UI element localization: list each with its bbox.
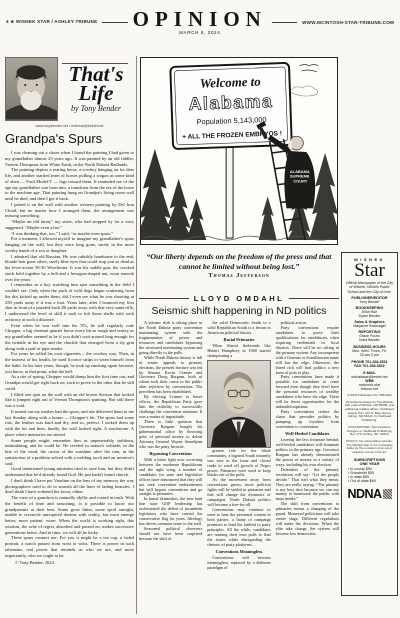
sign-welcome-text: Welcome to: [200, 75, 261, 91]
article-paragraph: A seismic shift is taking place in the N…: [139, 321, 202, 356]
article-paragraph: I paired it on the wall with another wes…: [5, 202, 134, 219]
article-column-3: political action.Party conventions requi…: [276, 321, 339, 613]
section-title: OPINION: [133, 9, 267, 29]
columnist-name: LLOYD OMDAHL: [194, 294, 284, 303]
thats-life-column: That's Life by Tony Bender www.tonybende…: [5, 57, 134, 613]
article-columns: A seismic shift is taking place in the N…: [139, 321, 339, 613]
subscriptions-title: SUBSCRIPTIONS ONE YEAR: [344, 458, 395, 467]
article-paragraph: When liberal firebrands like Hubert Hump…: [207, 344, 270, 359]
column-masthead: That's Life by Tony Bender: [5, 57, 134, 121]
article-text-block: the solid Democratic South to a solid Re…: [207, 321, 270, 336]
cartoonist-signature: [299, 64, 318, 71]
article-text-block: When liberal firebrands like Hubert Hump…: [207, 344, 270, 359]
article-paragraph: As a rite of spring, Chopper would dump …: [5, 374, 134, 391]
article-headline: Grandpa's Spurs: [5, 132, 134, 146]
ndna-logo-text: NDNA: [347, 487, 381, 501]
article-paragraph: I filled one spot on the wall with an ol…: [5, 392, 134, 409]
header-website: WWW.MCINTOSH-STAR-TRIBUNE.COM: [302, 20, 394, 25]
article-paragraph: the solid Democratic South to a solid Re…: [207, 321, 270, 336]
article-paragraph: While North Dakota history is full of er…: [139, 356, 202, 396]
article-paragraph: There is little question that Governor B…: [139, 420, 202, 450]
nameplate-title: Star: [344, 262, 395, 279]
article-paragraph: greater role for the black community, a …: [207, 449, 270, 479]
thats-life-title-block: That's Life by Tony Bender: [58, 57, 134, 121]
subhead: Well-Heeled Candidates: [276, 431, 339, 436]
postmaster-notice: POSTMASTER: Send address changes to: Red…: [344, 426, 395, 437]
article-paragraph: Good intentioned young ministers tried t…: [5, 466, 134, 478]
article-paragraph: I admired that old Russian. He was rakis…: [5, 254, 134, 283]
article-headline: Seismic shift happening in ND politics: [139, 306, 339, 317]
column-title-line2: Life: [58, 84, 134, 103]
article-paragraph: Seasoned political observers should not …: [139, 527, 202, 542]
article-paragraph: Party conventions have made it possible …: [276, 375, 339, 410]
lloyd-omdahl-portrait: [208, 361, 269, 447]
official-newspaper-description: Official Newspaper of the City of Wishek…: [344, 281, 395, 294]
newspaper-masthead-box: WISHEK Star Official Newspaper of the Ci…: [341, 252, 398, 596]
editorial-cartoon: Welcome to Alabama Population 5,143,000 …: [140, 57, 338, 245]
subhead: Conventions Meaningless: [207, 549, 270, 554]
article-paragraph: Even when he was well into his 70's, he …: [5, 323, 134, 352]
usps-number: (USPS Publication No. 688-980): [344, 394, 395, 398]
column-byline: by Tony Bender: [58, 104, 134, 113]
article-paragraph: I don't think I have put Vaseline on the…: [5, 478, 134, 495]
tony-bender-photo: [5, 57, 58, 121]
newspaper-opinion-page: 4 ★ WISHEK STAR / ASHLEY TRIBUNE OPINION…: [0, 0, 400, 618]
article-paragraph: Leaving the less fortunate behind, well-…: [276, 438, 339, 468]
article-body: I was cleaning out a closet when I found…: [5, 150, 134, 558]
staff-name: Tony Bender: [344, 300, 395, 304]
ndna-logo: NDNA: [344, 487, 395, 501]
business-hours: 10 am-2 pm: [344, 353, 395, 357]
article-paragraph: “Maybe an old lariat,” my sister, who ha…: [5, 219, 134, 231]
staff-name: Marjanne Braunagel: [344, 324, 395, 328]
article-paragraph: These spurs connect me. For you it might…: [5, 535, 134, 558]
website-address: tribune.net: [344, 387, 395, 391]
article-text-block: With a bitter fight now occurring betwee…: [139, 458, 202, 542]
cloud-sketch: [289, 86, 317, 96]
section-title-block: OPINION MARCH 6, 2024: [133, 9, 267, 35]
article-paragraph: For a moment, I allowed myself to imagin…: [5, 236, 134, 253]
article-paragraph: Party conventions require candidates to …: [276, 326, 339, 376]
article-paragraph: Party conventions reduce the chaos that …: [276, 410, 339, 430]
postage-legal-text: Periodical postage for The Wishek Star p…: [344, 401, 395, 423]
lloyd-omdahl-photo: [207, 360, 270, 448]
subscription-rates: • In county $50• Snowbirds $55• In state…: [344, 467, 395, 483]
article-column-2: the solid Democratic South to a solid Re…: [207, 321, 270, 613]
sign-state-text: Alabama: [188, 91, 273, 114]
article-paragraph: The painting depicts a rearing horse, a …: [5, 167, 134, 202]
article-paragraph: The view of a grandson is naturally idyl…: [5, 495, 134, 535]
article-paragraph: As the movement away from conventions gr…: [207, 478, 270, 508]
welcome-sign: Welcome to Alabama Population 5,143,000 …: [170, 63, 292, 149]
staff-name: India Bender: [344, 338, 395, 342]
tony-bender-portrait: [6, 58, 57, 120]
column-divider: [136, 56, 137, 614]
article-text-block: Leaving the less fortunate behind, well-…: [276, 438, 339, 537]
header-rule-right: [272, 22, 297, 23]
pine-trees-left: [141, 149, 206, 240]
quote-attribution: Thomas Jefferson: [138, 272, 340, 279]
omdahl-article: LLOYD OMDAHL Seismic shift happening in …: [139, 294, 339, 616]
article-paragraph: Some people might remember him as impene…: [5, 438, 134, 467]
author-contact-line: www.tonybender.net • redhead@bektel.net: [5, 124, 134, 128]
article-paragraph: Conventions may continue to meet to hear…: [207, 508, 270, 548]
article-paragraph: It turned out my mother had the spurs, a…: [5, 409, 134, 438]
page-header: 4 ★ WISHEK STAR / ASHLEY TRIBUNE OPINION…: [6, 9, 394, 35]
sign-post: [226, 145, 233, 238]
article-paragraph: Conventions will become meaningless, rep…: [207, 556, 270, 571]
columnist-kicker: LLOYD OMDAHL: [139, 294, 339, 303]
article-paragraph: For years he rolled his own cigarettes –…: [5, 351, 134, 374]
subscription-rate: • Out of state $60: [344, 479, 395, 483]
fax-number: FAX 701-268-3532: [344, 364, 395, 368]
article-paragraph: In brutal skirmishes, the new hard line …: [139, 497, 202, 527]
header-left-label: 4 ★ WISHEK STAR / ASHLEY TRIBUNE: [6, 19, 97, 25]
article-paragraph: I remember as a boy watching him spot so…: [5, 282, 134, 322]
article-text-block: greater role for the black community, a …: [207, 449, 270, 548]
article-paragraph: With a bitter fight now occurring betwee…: [139, 458, 202, 498]
article-copyright: © Tony Bender, 2024: [5, 560, 134, 565]
article-paragraph: Defenders of the primary revolution will…: [276, 468, 339, 503]
article-paragraph: By electing Cramer to lesser offices, th…: [139, 395, 202, 420]
subhead: Racial Primaries: [207, 337, 270, 342]
pull-quote: “Our liberty depends on the freedom of t…: [138, 252, 340, 279]
article-paragraph: I was cleaning out a closet when I found…: [5, 150, 134, 167]
quote-text: “Our liberty depends on the freedom of t…: [138, 252, 340, 271]
ndna-logo-mark: [383, 489, 392, 499]
article-text-block: Conventions will become meaningless, rep…: [207, 556, 270, 571]
subhead: Bypassing Conventions: [139, 451, 202, 456]
kicker-rule-left: [139, 298, 189, 299]
article-column-1: A seismic shift is taking place in the N…: [139, 321, 202, 613]
header-rule-left: [102, 22, 127, 23]
kicker-rule-right: [289, 298, 339, 299]
article-paragraph: The shift from conventions to primaries …: [276, 502, 339, 537]
cartoon-drawing: Welcome to Alabama Population 5,143,000 …: [141, 58, 337, 244]
article-text-block: political action.Party conventions requi…: [276, 321, 339, 430]
staff-name: Dylan Bender: [344, 314, 395, 318]
article-text-block: A seismic shift is taking place in the N…: [139, 321, 202, 450]
policy-notice: POLICY: No subscription refunds. The Wis…: [344, 440, 395, 455]
